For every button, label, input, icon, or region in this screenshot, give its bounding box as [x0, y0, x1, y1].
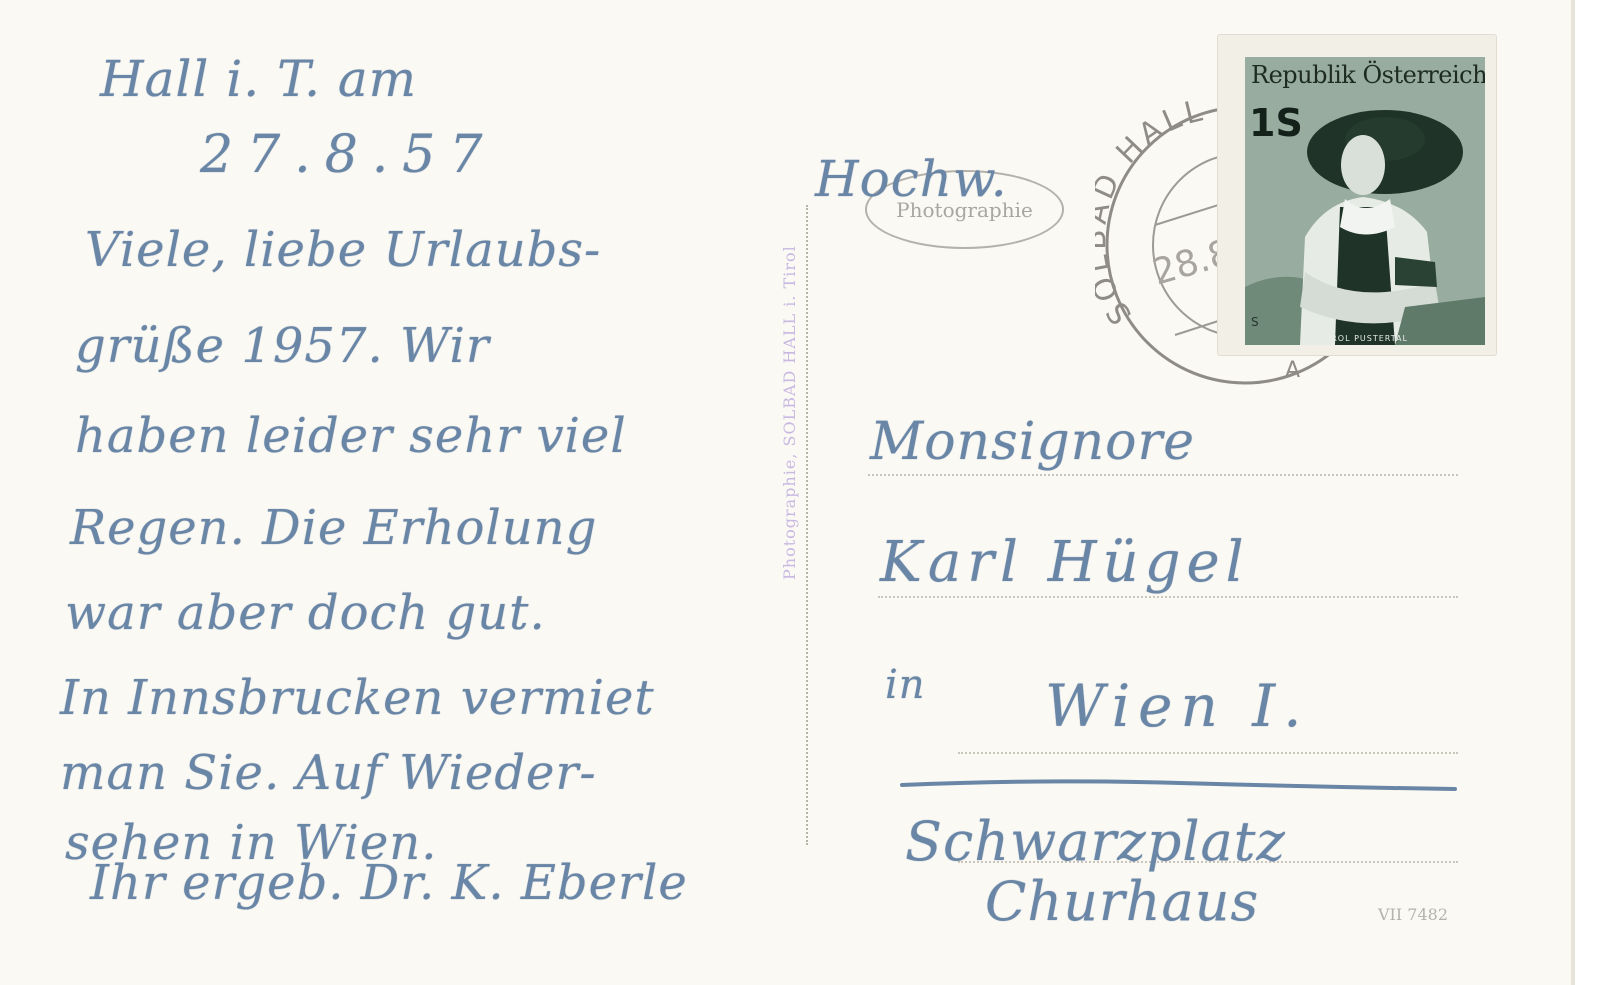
postmark-suffix: A — [1285, 358, 1300, 383]
postcard-back: Hall i. T. am 27.8.57 Viele, liebe Urlau… — [0, 0, 1575, 985]
message-signature: Ihr ergeb. Dr. K. Eberle — [90, 855, 688, 911]
card-serial: VII 7482 — [1378, 905, 1448, 924]
stamp-caption: TIROL PUSTERTAL — [1245, 334, 1485, 343]
center-divider — [806, 205, 808, 845]
message-line: Viele, liebe Urlaubs- — [85, 222, 601, 278]
message-line: haben leider sehr viel — [75, 408, 627, 464]
message-line: grüße 1957. Wir — [75, 318, 490, 374]
address-line: Schwarzplatz — [905, 810, 1286, 873]
address-line: Churhaus — [985, 870, 1259, 933]
postage-stamp: Republik Österreich 1S S TIROL PUSTERTAL — [1218, 35, 1496, 355]
stamp-image: Republik Österreich 1S S TIROL PUSTERTAL — [1245, 57, 1485, 345]
stamp-value: 1S — [1249, 101, 1303, 145]
address-line: Karl Hügel — [880, 530, 1250, 595]
address-underline — [900, 775, 1460, 795]
stamp-country: Republik Österreich — [1251, 61, 1481, 89]
address-line: Wien I. — [1045, 672, 1310, 740]
scan-margin — [1575, 0, 1600, 985]
stamp-designer-letter: S — [1251, 315, 1259, 329]
address-line: Monsignore — [870, 412, 1195, 472]
message-line: man Sie. Auf Wieder- — [60, 745, 597, 801]
address-salutation: Hochw. — [815, 150, 1008, 208]
address-line-guide — [868, 474, 1458, 476]
publisher-imprint: Photographie, SOLBAD HALL i. Tirol — [780, 245, 799, 580]
message-line: In Innsbrucken vermiet — [60, 670, 655, 726]
address-line: in — [885, 662, 926, 708]
address-line-guide — [958, 752, 1458, 754]
message-place: Hall i. T. am — [100, 50, 417, 108]
message-date: 27.8.57 — [200, 125, 496, 185]
address-line-guide — [878, 596, 1458, 598]
message-line: Regen. Die Erholung — [70, 500, 597, 556]
message-line: war aber doch gut. — [65, 585, 546, 641]
